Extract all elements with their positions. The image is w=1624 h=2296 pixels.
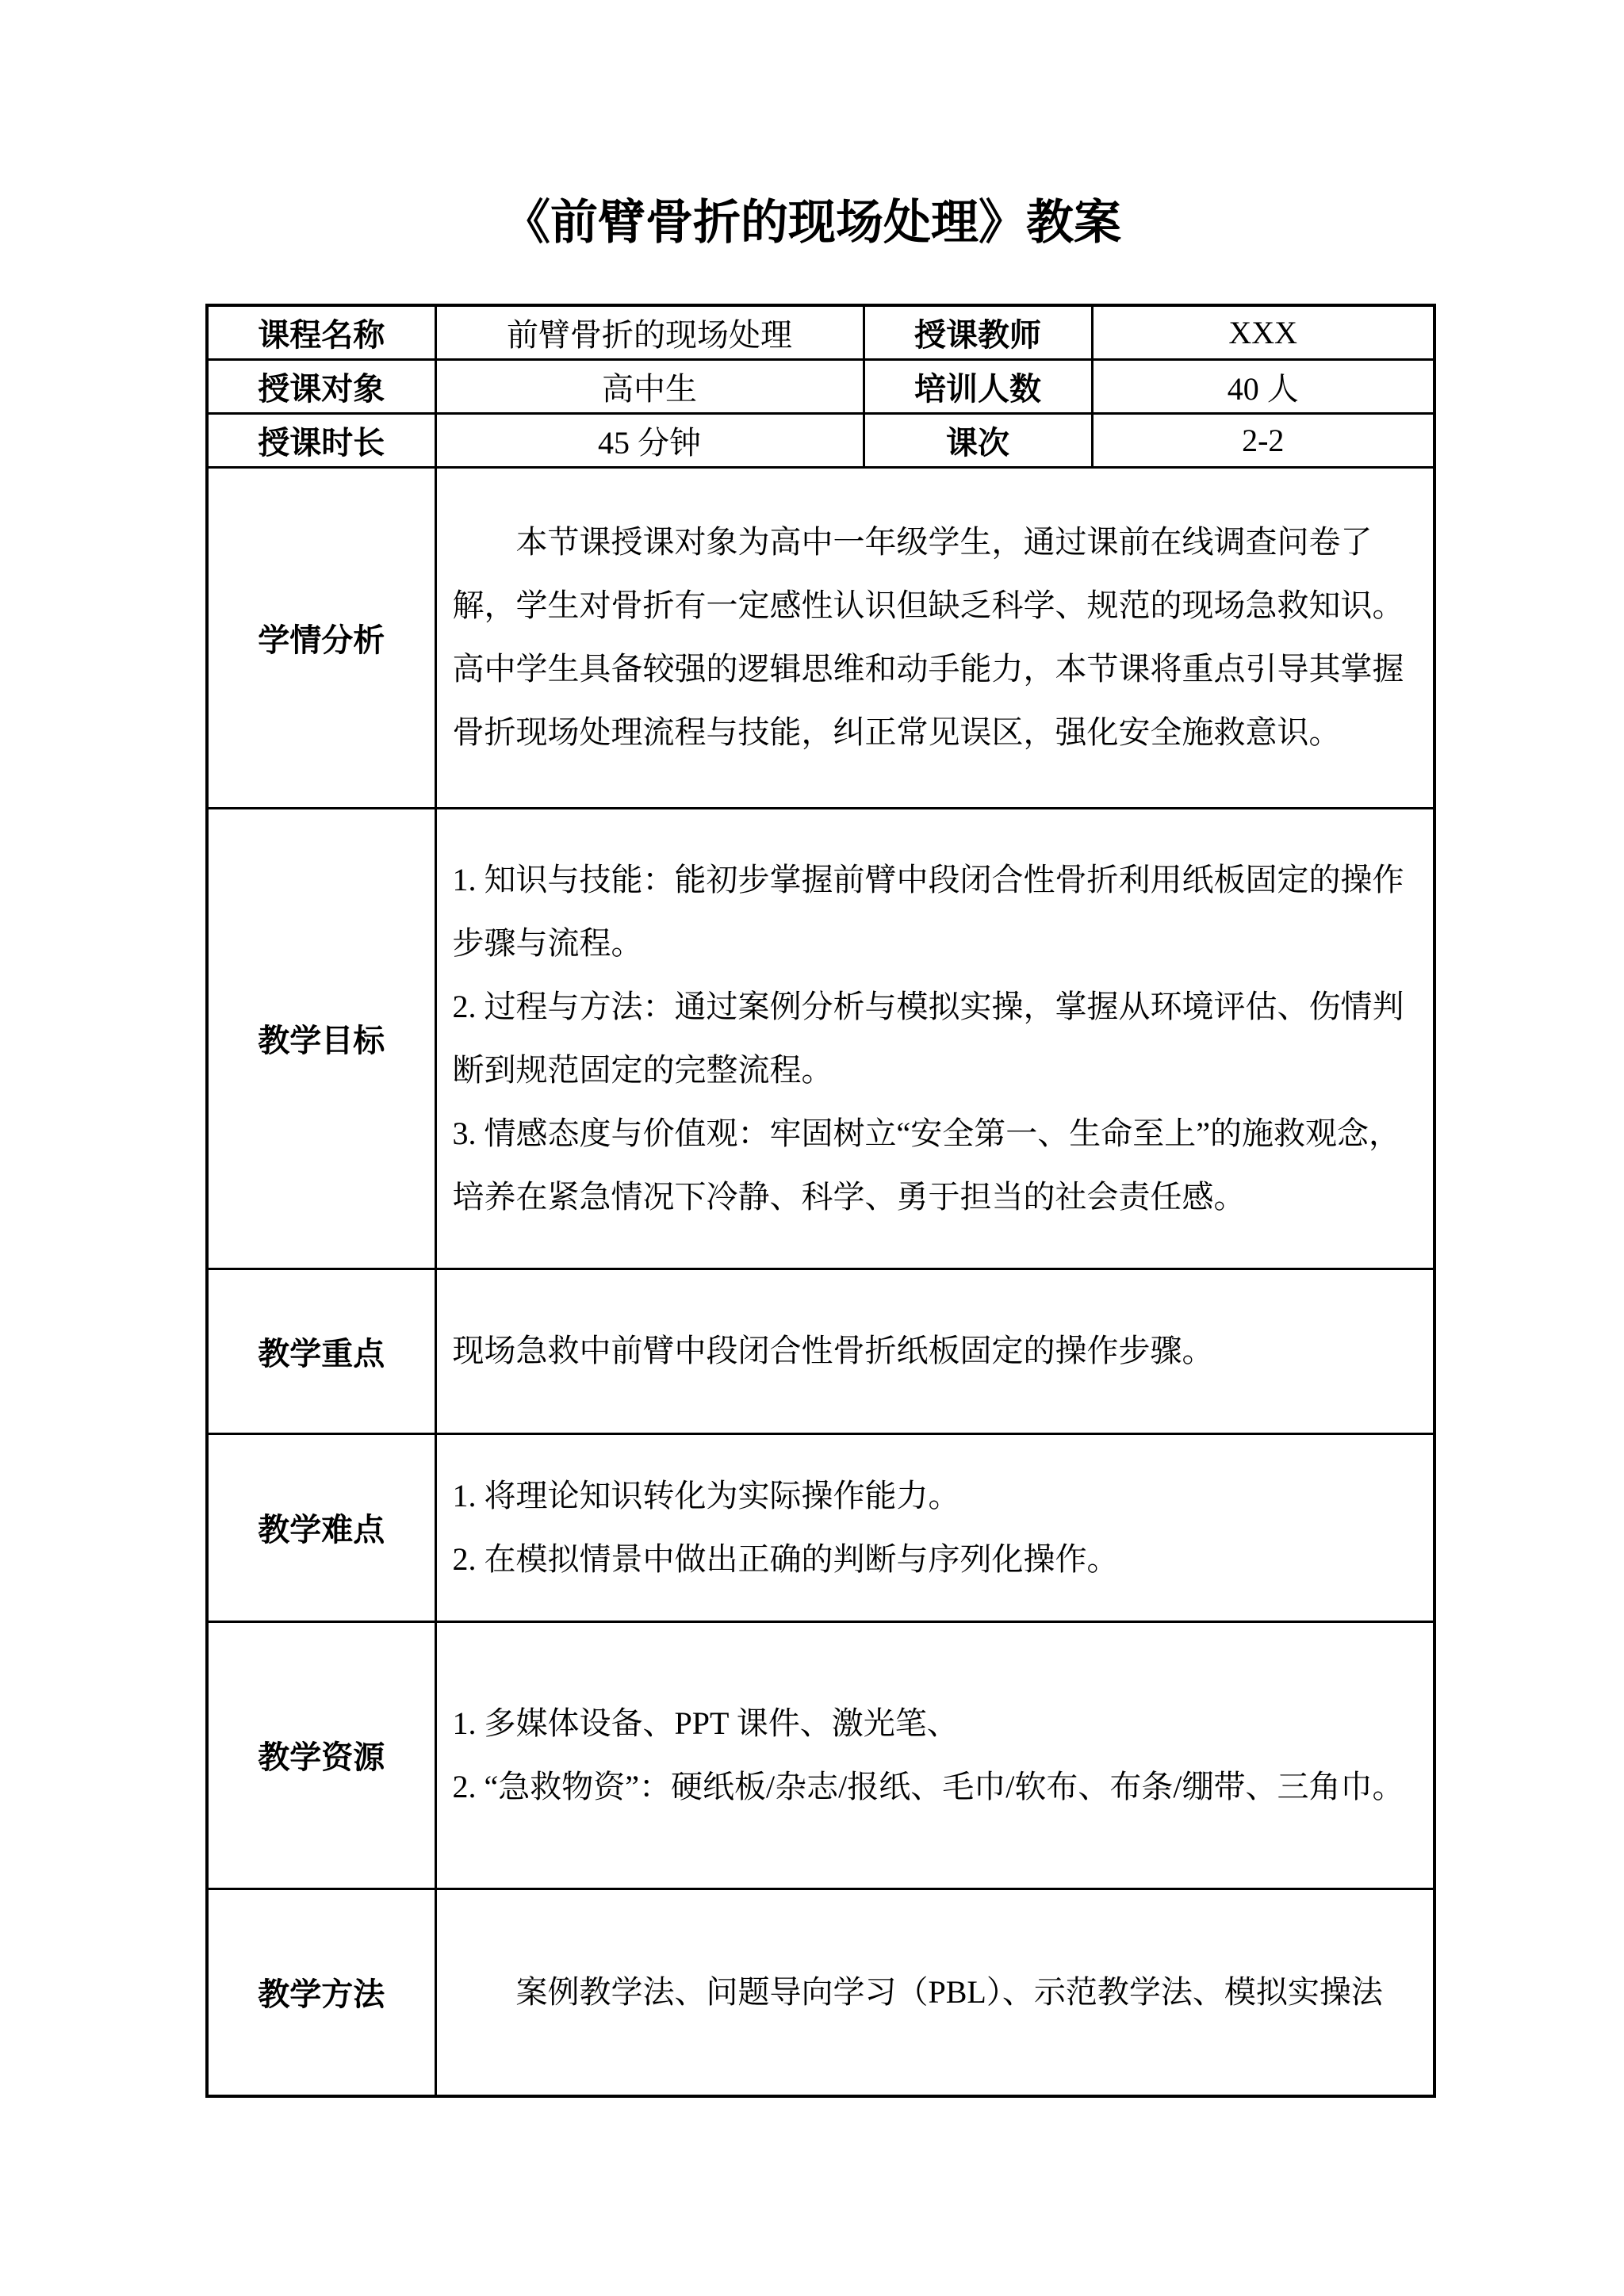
- paragraph: 2. “急救物资”：硬纸板/杂志/报纸、毛巾/软布、布条/绷带、三角巾。: [453, 1755, 1415, 1819]
- section-row-teaching-methods: 教学方法 案例教学法、问题导向学习（PBL）、示范教学法、模拟实操法: [207, 1888, 1434, 2096]
- lesson-plan-table: 课程名称 前臂骨折的现场处理 授课教师 XXX 授课对象 高中生 培训人数 40…: [205, 304, 1436, 2098]
- paragraph: 1. 将理论知识转化为实际操作能力。: [453, 1464, 1415, 1528]
- info-label-session-number: 课次: [864, 413, 1092, 467]
- paragraph: 1. 多媒体设备、PPT 课件、激光笔、: [453, 1692, 1415, 1755]
- section-content-teaching-focus: 现场急救中前臂中段闭合性骨折纸板固定的操作步骤。: [435, 1269, 1434, 1433]
- section-label-teaching-objectives: 教学目标: [207, 808, 435, 1269]
- paragraph: 2. 在模拟情景中做出正确的判断与序列化操作。: [453, 1528, 1415, 1591]
- info-value-teacher: XXX: [1092, 305, 1434, 359]
- document-page: 《前臂骨折的现场处理》教案 课程名称 前臂骨折的现场处理 授课教师 XXX 授课…: [0, 0, 1624, 2296]
- info-value-trainee-count: 40 人: [1092, 359, 1434, 413]
- section-content-learner-analysis: 本节课授课对象为高中一年级学生，通过课前在线调查问卷了解，学生对骨折有一定感性认…: [435, 467, 1434, 808]
- info-value-session-number: 2-2: [1092, 413, 1434, 467]
- page-title: 《前臂骨折的现场处理》教案: [0, 187, 1624, 258]
- info-value-course-name: 前臂骨折的现场处理: [435, 305, 864, 359]
- section-content-teaching-methods: 案例教学法、问题导向学习（PBL）、示范教学法、模拟实操法: [435, 1888, 1434, 2096]
- info-label-audience: 授课对象: [207, 359, 435, 413]
- section-row-teaching-difficulties: 教学难点 1. 将理论知识转化为实际操作能力。 2. 在模拟情景中做出正确的判断…: [207, 1433, 1434, 1621]
- section-row-teaching-objectives: 教学目标 1. 知识与技能：能初步掌握前臂中段闭合性骨折利用纸板固定的操作步骤与…: [207, 808, 1434, 1269]
- info-row-audience: 授课对象 高中生 培训人数 40 人: [207, 359, 1434, 413]
- section-row-teaching-focus: 教学重点 现场急救中前臂中段闭合性骨折纸板固定的操作步骤。: [207, 1269, 1434, 1433]
- section-row-learner-analysis: 学情分析 本节课授课对象为高中一年级学生，通过课前在线调查问卷了解，学生对骨折有…: [207, 467, 1434, 808]
- section-label-teaching-resources: 教学资源: [207, 1621, 435, 1888]
- info-value-audience: 高中生: [435, 359, 864, 413]
- info-row-course: 课程名称 前臂骨折的现场处理 授课教师 XXX: [207, 305, 1434, 359]
- section-row-teaching-resources: 教学资源 1. 多媒体设备、PPT 课件、激光笔、 2. “急救物资”：硬纸板/…: [207, 1621, 1434, 1888]
- paragraph: 案例教学法、问题导向学习（PBL）、示范教学法、模拟实操法: [453, 1961, 1415, 2024]
- paragraph: 3. 情感态度与价值观：牢固树立“安全第一、生命至上”的施救观念，培养在紧急情况…: [453, 1102, 1415, 1229]
- section-label-teaching-methods: 教学方法: [207, 1888, 435, 2096]
- info-label-trainee-count: 培训人数: [864, 359, 1092, 413]
- info-value-duration: 45 分钟: [435, 413, 864, 467]
- paragraph: 本节课授课对象为高中一年级学生，通过课前在线调查问卷了解，学生对骨折有一定感性认…: [453, 511, 1415, 764]
- section-content-teaching-resources: 1. 多媒体设备、PPT 课件、激光笔、 2. “急救物资”：硬纸板/杂志/报纸…: [435, 1621, 1434, 1888]
- paragraph: 现场急救中前臂中段闭合性骨折纸板固定的操作步骤。: [453, 1319, 1415, 1383]
- section-content-teaching-objectives: 1. 知识与技能：能初步掌握前臂中段闭合性骨折利用纸板固定的操作步骤与流程。 2…: [435, 808, 1434, 1269]
- paragraph: 1. 知识与技能：能初步掌握前臂中段闭合性骨折利用纸板固定的操作步骤与流程。: [453, 848, 1415, 975]
- section-label-learner-analysis: 学情分析: [207, 467, 435, 808]
- info-label-duration: 授课时长: [207, 413, 435, 467]
- info-row-duration: 授课时长 45 分钟 课次 2-2: [207, 413, 1434, 467]
- info-label-teacher: 授课教师: [864, 305, 1092, 359]
- paragraph: 2. 过程与方法：通过案例分析与模拟实操，掌握从环境评估、伤情判断到规范固定的完…: [453, 975, 1415, 1102]
- section-label-teaching-difficulties: 教学难点: [207, 1433, 435, 1621]
- section-label-teaching-focus: 教学重点: [207, 1269, 435, 1433]
- info-label-course-name: 课程名称: [207, 305, 435, 359]
- section-content-teaching-difficulties: 1. 将理论知识转化为实际操作能力。 2. 在模拟情景中做出正确的判断与序列化操…: [435, 1433, 1434, 1621]
